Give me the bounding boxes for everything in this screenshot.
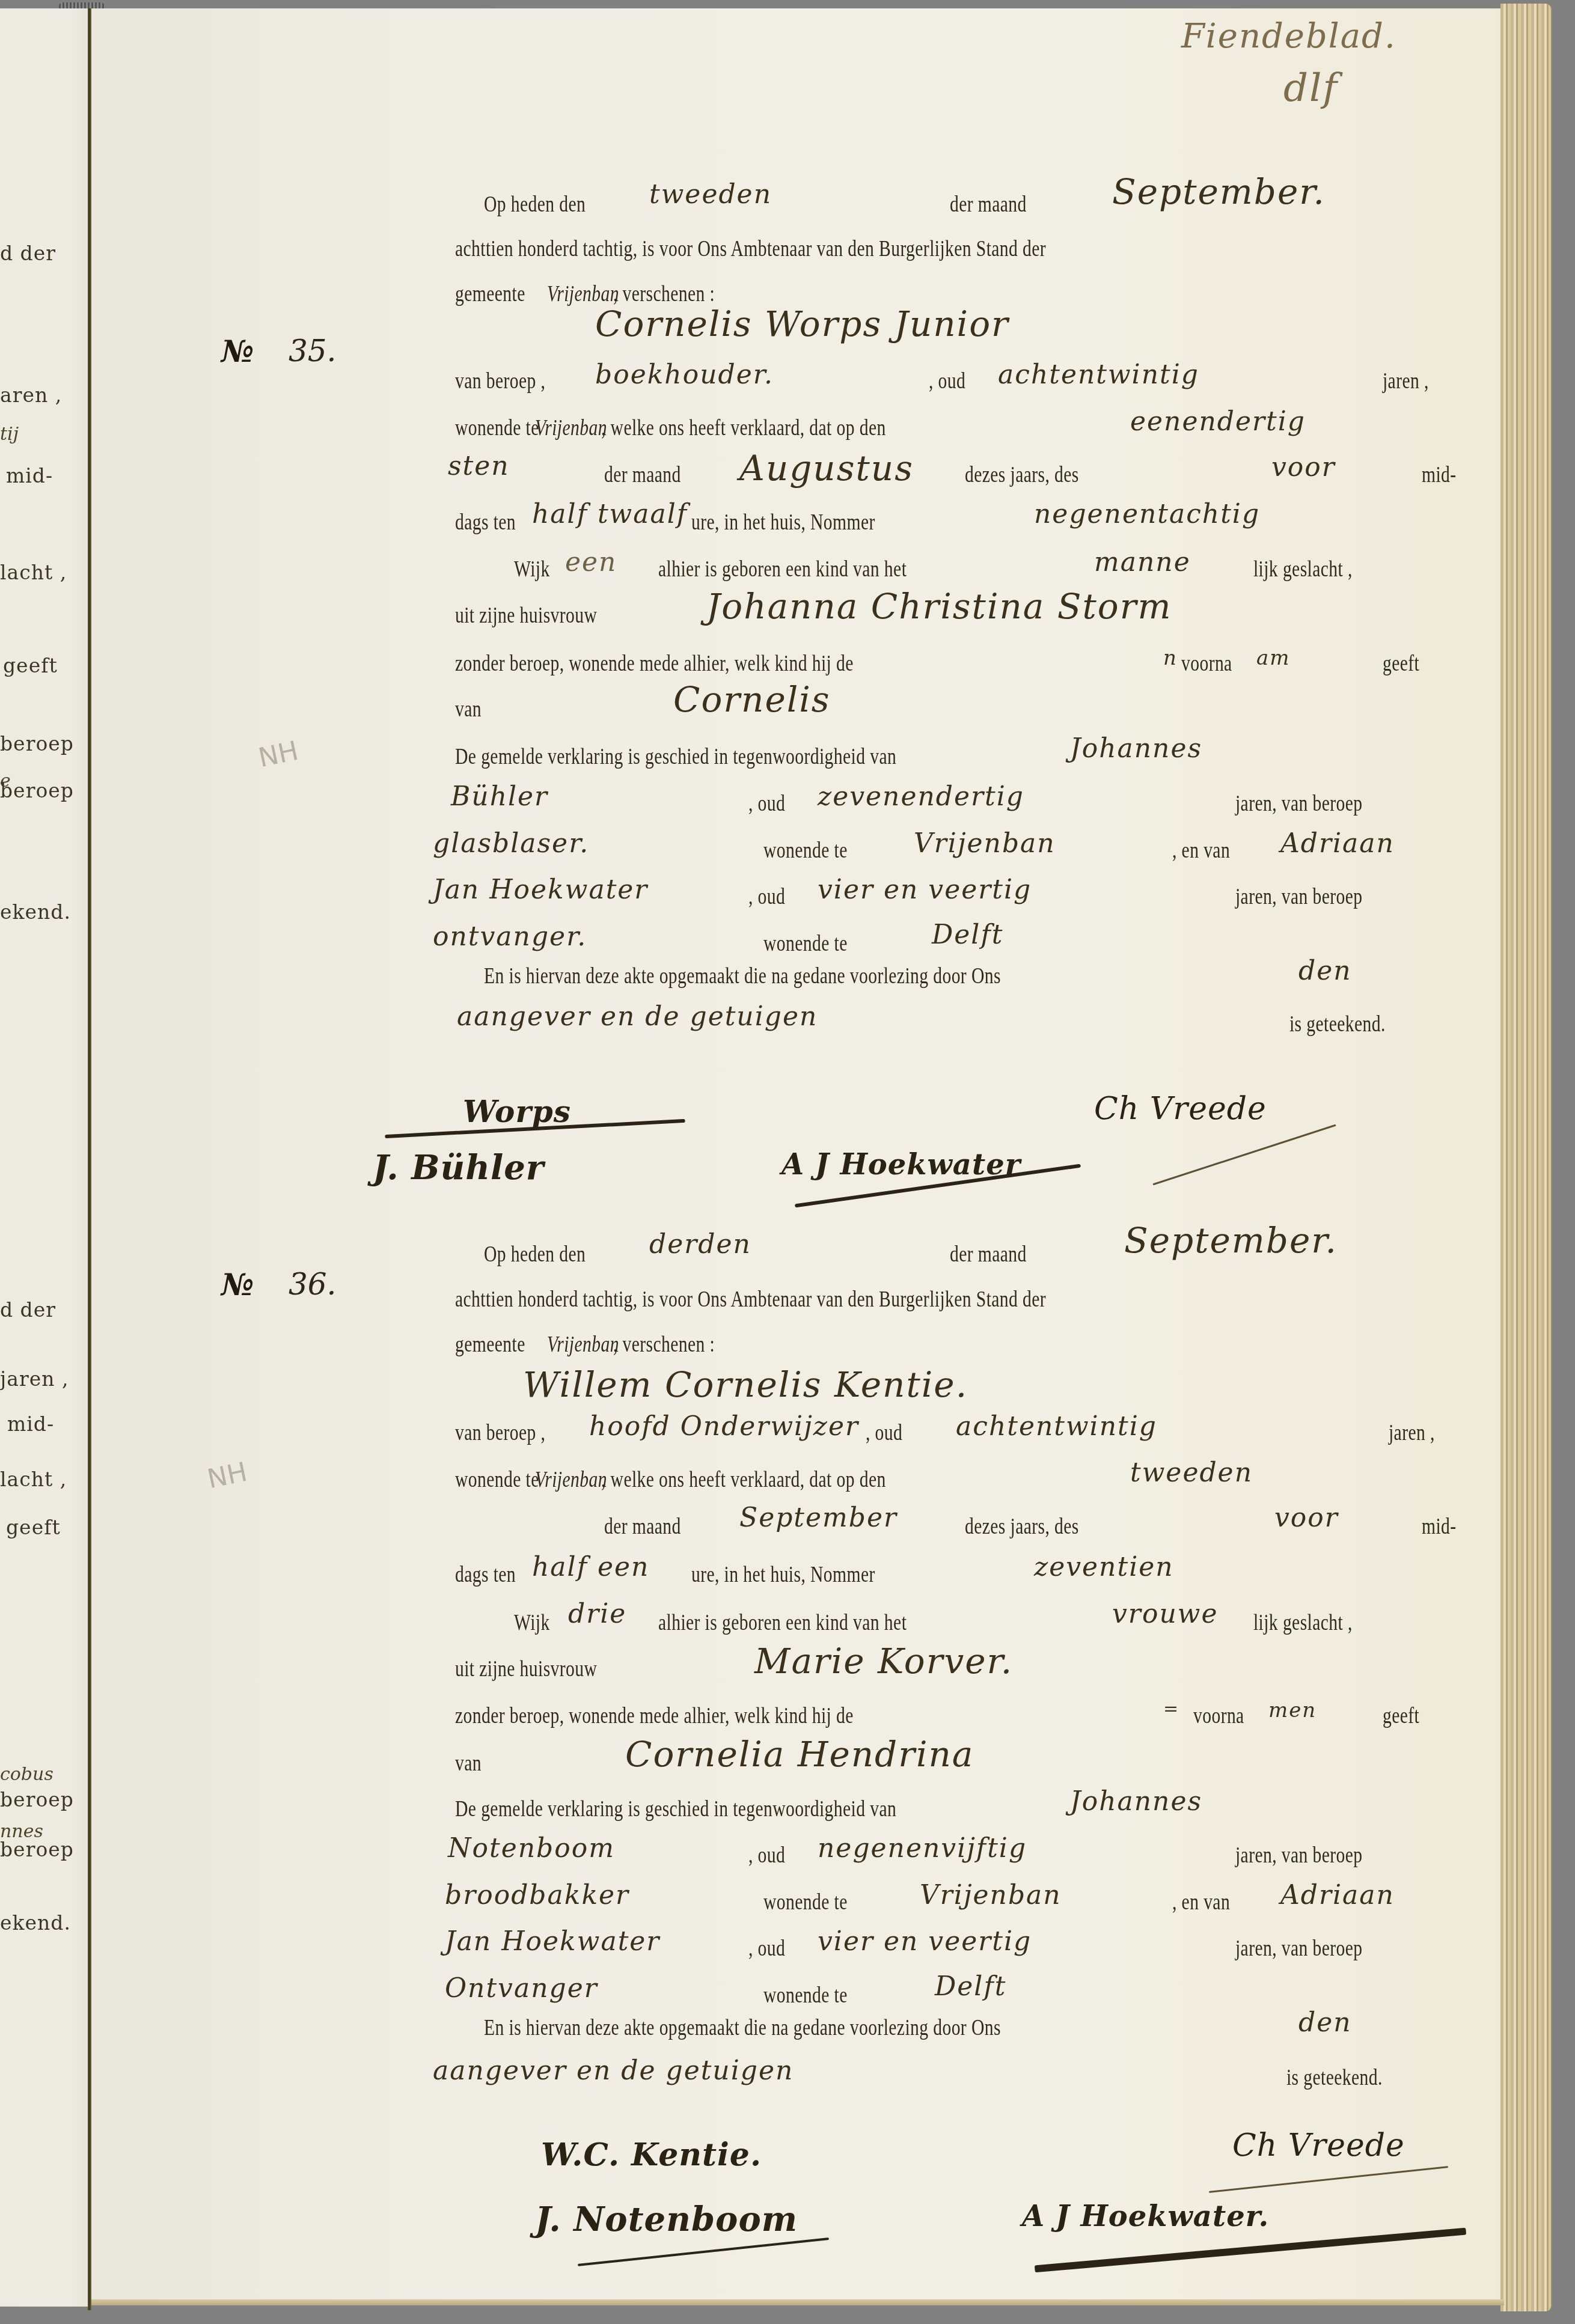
signature-witness2: A J Hoekwater	[781, 1148, 1021, 1182]
entry-number: 36.	[289, 1267, 337, 1302]
page-edges	[1500, 4, 1552, 2311]
left-page	[0, 8, 90, 2307]
left-hand-fragment: cobus	[0, 1764, 54, 1785]
hand-house: negenentachtig	[1034, 499, 1260, 529]
printed-text: Wijk	[514, 556, 550, 582]
printed-text: achttien honderd tachtig, is voor Ons Am…	[455, 236, 1046, 262]
hand-child-name: Cornelia Hendrina	[625, 1734, 974, 1775]
printed-text: achttien honderd tachtig, is voor Ons Am…	[455, 1286, 1046, 1313]
hand-month: September.	[1112, 171, 1326, 212]
printed-text: jaren, van beroep	[1235, 1935, 1363, 1962]
left-fragment: d der	[0, 1298, 56, 1322]
hand-fill: den	[1298, 956, 1352, 986]
printed-text: wonende te	[763, 1982, 848, 2008]
printed-text: En is hiervan deze akte opgemaakt die na…	[484, 2014, 1001, 2041]
page-bottom-edge	[91, 2299, 1504, 2305]
hand-witness2-last: Jan Hoekwater	[445, 1926, 660, 1957]
printed-text: der maand	[604, 462, 681, 488]
printed-text: wonende te	[763, 1889, 848, 1915]
hand-witness2-first: Adriaan	[1280, 1880, 1395, 1911]
signature-registrar: Ch Vreede	[1232, 2127, 1405, 2164]
printed-text: wonende te	[763, 930, 848, 957]
left-fragment: beroep	[0, 1838, 74, 1861]
printed-text: , oud	[748, 883, 785, 910]
printed-text: van	[455, 696, 482, 722]
printed-place: Vrijenban	[535, 415, 607, 441]
hand-fill: =	[1163, 1698, 1179, 1719]
left-fragment: jaren ,	[0, 1367, 69, 1391]
hand-day: tweeden	[1130, 1457, 1253, 1488]
signature-declarant: W.C. Kentie.	[541, 2136, 762, 2173]
printed-text: , en van	[1172, 1889, 1230, 1915]
hand-age: achtentwintig	[998, 359, 1199, 390]
hand-day: tweeden	[649, 179, 772, 210]
printed-text: voorna	[1193, 1703, 1244, 1729]
printed-text: , en van	[1172, 837, 1230, 864]
printed-text: ure, in het huis, Nommer	[691, 509, 875, 535]
printed-text: van	[455, 1750, 482, 1777]
hand-age: vier en veertig	[818, 874, 1032, 905]
hand-age: negenenvijftig	[818, 1833, 1027, 1864]
hand-house: zeventien	[1034, 1552, 1174, 1582]
printed-text: , oud	[748, 1842, 785, 1868]
hand-age: zevenendertig	[818, 781, 1024, 812]
signature-witness2: A J Hoekwater.	[1022, 2200, 1269, 2233]
left-fragment: beroep	[0, 779, 74, 802]
hand-witness1-first: Johannes	[1070, 1786, 1202, 1817]
left-fragment: beroep	[0, 732, 74, 755]
printed-text: wonende te	[455, 415, 539, 441]
left-fragment: lacht ,	[0, 561, 67, 584]
printed-text: gemeente	[455, 281, 525, 307]
hand-time: half twaalf	[532, 499, 688, 529]
hand-month: September.	[1124, 1220, 1338, 1261]
hand-occupation: glasblaser.	[433, 828, 589, 859]
hand-fill: aangever en de getuigen	[457, 1001, 818, 1032]
entry-number-symbol: №	[221, 334, 254, 369]
hand-place: Delft	[935, 1971, 1006, 2002]
printed-text: van beroep ,	[455, 368, 545, 394]
printed-text: is geteekend.	[1289, 1011, 1386, 1037]
printed-text: , welke ons heeft verklaard, dat op den	[601, 1466, 886, 1493]
left-fragment: beroep	[0, 1788, 74, 1811]
printed-text: , oud	[748, 1935, 785, 1962]
hand-sex: manne	[1094, 547, 1191, 578]
printed-text: is geteekend.	[1286, 2064, 1383, 2091]
left-fragment: geeft	[6, 1516, 61, 1539]
left-fragment: d der	[0, 242, 56, 265]
printed-text: mid-	[1422, 462, 1457, 488]
hand-ampm: voor	[1274, 1502, 1339, 1533]
signature-declarant: Worps	[463, 1094, 571, 1129]
hand-ampm: voor	[1271, 452, 1336, 483]
printed-place: Vrijenban	[535, 1466, 607, 1493]
printed-text: dags ten	[455, 1561, 516, 1588]
hand-declarant: Willem Cornelis Kentie.	[523, 1364, 968, 1405]
printed-text: wonende te	[455, 1466, 539, 1493]
printed-text: jaren ,	[1389, 1420, 1435, 1446]
printed-text: , verschenen :	[613, 1331, 715, 1358]
hand-time: half een	[532, 1552, 649, 1582]
printed-text: mid-	[1422, 1513, 1457, 1540]
hand-declarant: Cornelis Worps Junior	[595, 303, 1009, 344]
printed-text: dezes jaars, des	[965, 1513, 1079, 1540]
hand-wijk: drie	[568, 1599, 626, 1629]
printed-text: , oud	[748, 790, 785, 817]
hand-occupation: Ontvanger	[445, 1973, 598, 2004]
printed-text: jaren ,	[1383, 368, 1429, 394]
page-annotation-title: Fiendeblad.	[1181, 17, 1396, 56]
hand-fill: men	[1268, 1698, 1317, 1722]
printed-text: Op heden den	[484, 1241, 586, 1267]
printed-place: Vrijenban	[547, 1331, 619, 1358]
left-fragment: ekend.	[0, 1911, 71, 1935]
hand-witness1-first: Johannes	[1070, 733, 1202, 764]
hand-witness1-last: Notenboom	[448, 1833, 615, 1864]
hand-month: September	[739, 1502, 898, 1533]
printed-text: der maand	[950, 191, 1027, 218]
printed-text: geeft	[1383, 650, 1419, 677]
hand-place: Delft	[932, 920, 1003, 950]
hand-occupation: ontvanger.	[433, 921, 587, 952]
hand-occupation: boekhouder.	[595, 359, 774, 390]
hand-wijk: een	[565, 547, 617, 578]
hand-mother: Johanna Christina Storm	[706, 586, 1172, 627]
printed-text: alhier is geboren een kind van het	[658, 556, 907, 582]
hand-place: Vrijenban	[920, 1880, 1062, 1911]
printed-text: jaren, van beroep	[1235, 883, 1363, 910]
printed-text: voorna	[1181, 650, 1232, 677]
printed-text: , oud	[866, 1420, 902, 1446]
hand-witness2-first: Adriaan	[1280, 828, 1395, 859]
page-annotation-initials: dlf	[1283, 66, 1338, 111]
printed-text: dezes jaars, des	[965, 462, 1079, 488]
left-fragment: ekend.	[0, 900, 71, 924]
entry-number-symbol: №	[221, 1267, 254, 1302]
printed-text: wonende te	[763, 837, 848, 864]
left-fragment: geeft	[3, 654, 58, 677]
hand-occupation: broodbakker	[445, 1880, 629, 1911]
printed-text: De gemelde verklaring is geschied in teg…	[455, 1796, 896, 1822]
printed-text: uit zijne huisvrouw	[455, 602, 597, 629]
hand-witness1-last: Bühler	[451, 781, 548, 812]
printed-text: ure, in het huis, Nommer	[691, 1561, 875, 1588]
hand-fill: aangever en de getuigen	[433, 2055, 794, 2086]
hand-fill: n	[1163, 646, 1178, 670]
signature-registrar: Ch Vreede	[1094, 1091, 1267, 1127]
printed-text: dags ten	[455, 509, 516, 535]
hand-witness2-last: Jan Hoekwater	[433, 874, 648, 905]
hand-sex: vrouwe	[1112, 1599, 1218, 1629]
printed-text: , oud	[929, 368, 965, 394]
hand-day-cont: sten	[448, 451, 510, 481]
printed-text: van beroep ,	[455, 1420, 545, 1446]
hand-day: eenendertig	[1130, 406, 1306, 437]
printed-text: uit zijne huisvrouw	[455, 1656, 597, 1682]
signature-witness1: J. Notenboom	[535, 2200, 798, 2239]
printed-text: Op heden den	[484, 191, 586, 218]
printed-text: zonder beroep, wonende mede alhier, welk…	[455, 650, 854, 677]
hand-occupation: hoofd Onderwijzer	[589, 1411, 859, 1442]
printed-text: gemeente	[455, 1331, 525, 1358]
printed-text: der maand	[604, 1513, 681, 1540]
hand-age: vier en veertig	[818, 1926, 1032, 1957]
printed-text: lijk geslacht ,	[1253, 556, 1353, 582]
hand-place: Vrijenban	[914, 828, 1056, 859]
left-hand-fragment: tij	[0, 424, 19, 445]
hand-fill: am	[1256, 646, 1291, 670]
left-fragment: lacht ,	[0, 1468, 67, 1491]
printed-text: zonder beroep, wonende mede alhier, welk…	[455, 1703, 854, 1729]
printed-text: lijk geslacht ,	[1253, 1609, 1353, 1636]
printed-text: , welke ons heeft verklaard, dat op den	[601, 415, 886, 441]
printed-text: jaren, van beroep	[1235, 1842, 1363, 1868]
hand-mother: Marie Korver.	[754, 1641, 1013, 1682]
printed-text: geeft	[1383, 1703, 1419, 1729]
printed-text: alhier is geboren een kind van het	[658, 1609, 907, 1636]
printed-text: der maand	[950, 1241, 1027, 1267]
printed-text: De gemelde verklaring is geschied in teg…	[455, 743, 896, 770]
printed-text: En is hiervan deze akte opgemaakt die na…	[484, 963, 1001, 989]
left-fragment: mid-	[6, 464, 53, 487]
hand-age: achtentwintig	[956, 1411, 1157, 1442]
hand-month: Augustus	[739, 448, 914, 489]
printed-text: jaren, van beroep	[1235, 790, 1363, 817]
left-fragment: mid-	[7, 1412, 54, 1436]
hand-child-name: Cornelis	[673, 679, 831, 720]
signature-witness1: J. Bühler	[373, 1148, 544, 1188]
hand-day: derden	[649, 1229, 751, 1260]
left-fragment: aren ,	[0, 383, 62, 407]
hand-fill: den	[1298, 2007, 1352, 2038]
entry-number: 35.	[289, 334, 337, 368]
printed-text: Wijk	[514, 1609, 550, 1636]
